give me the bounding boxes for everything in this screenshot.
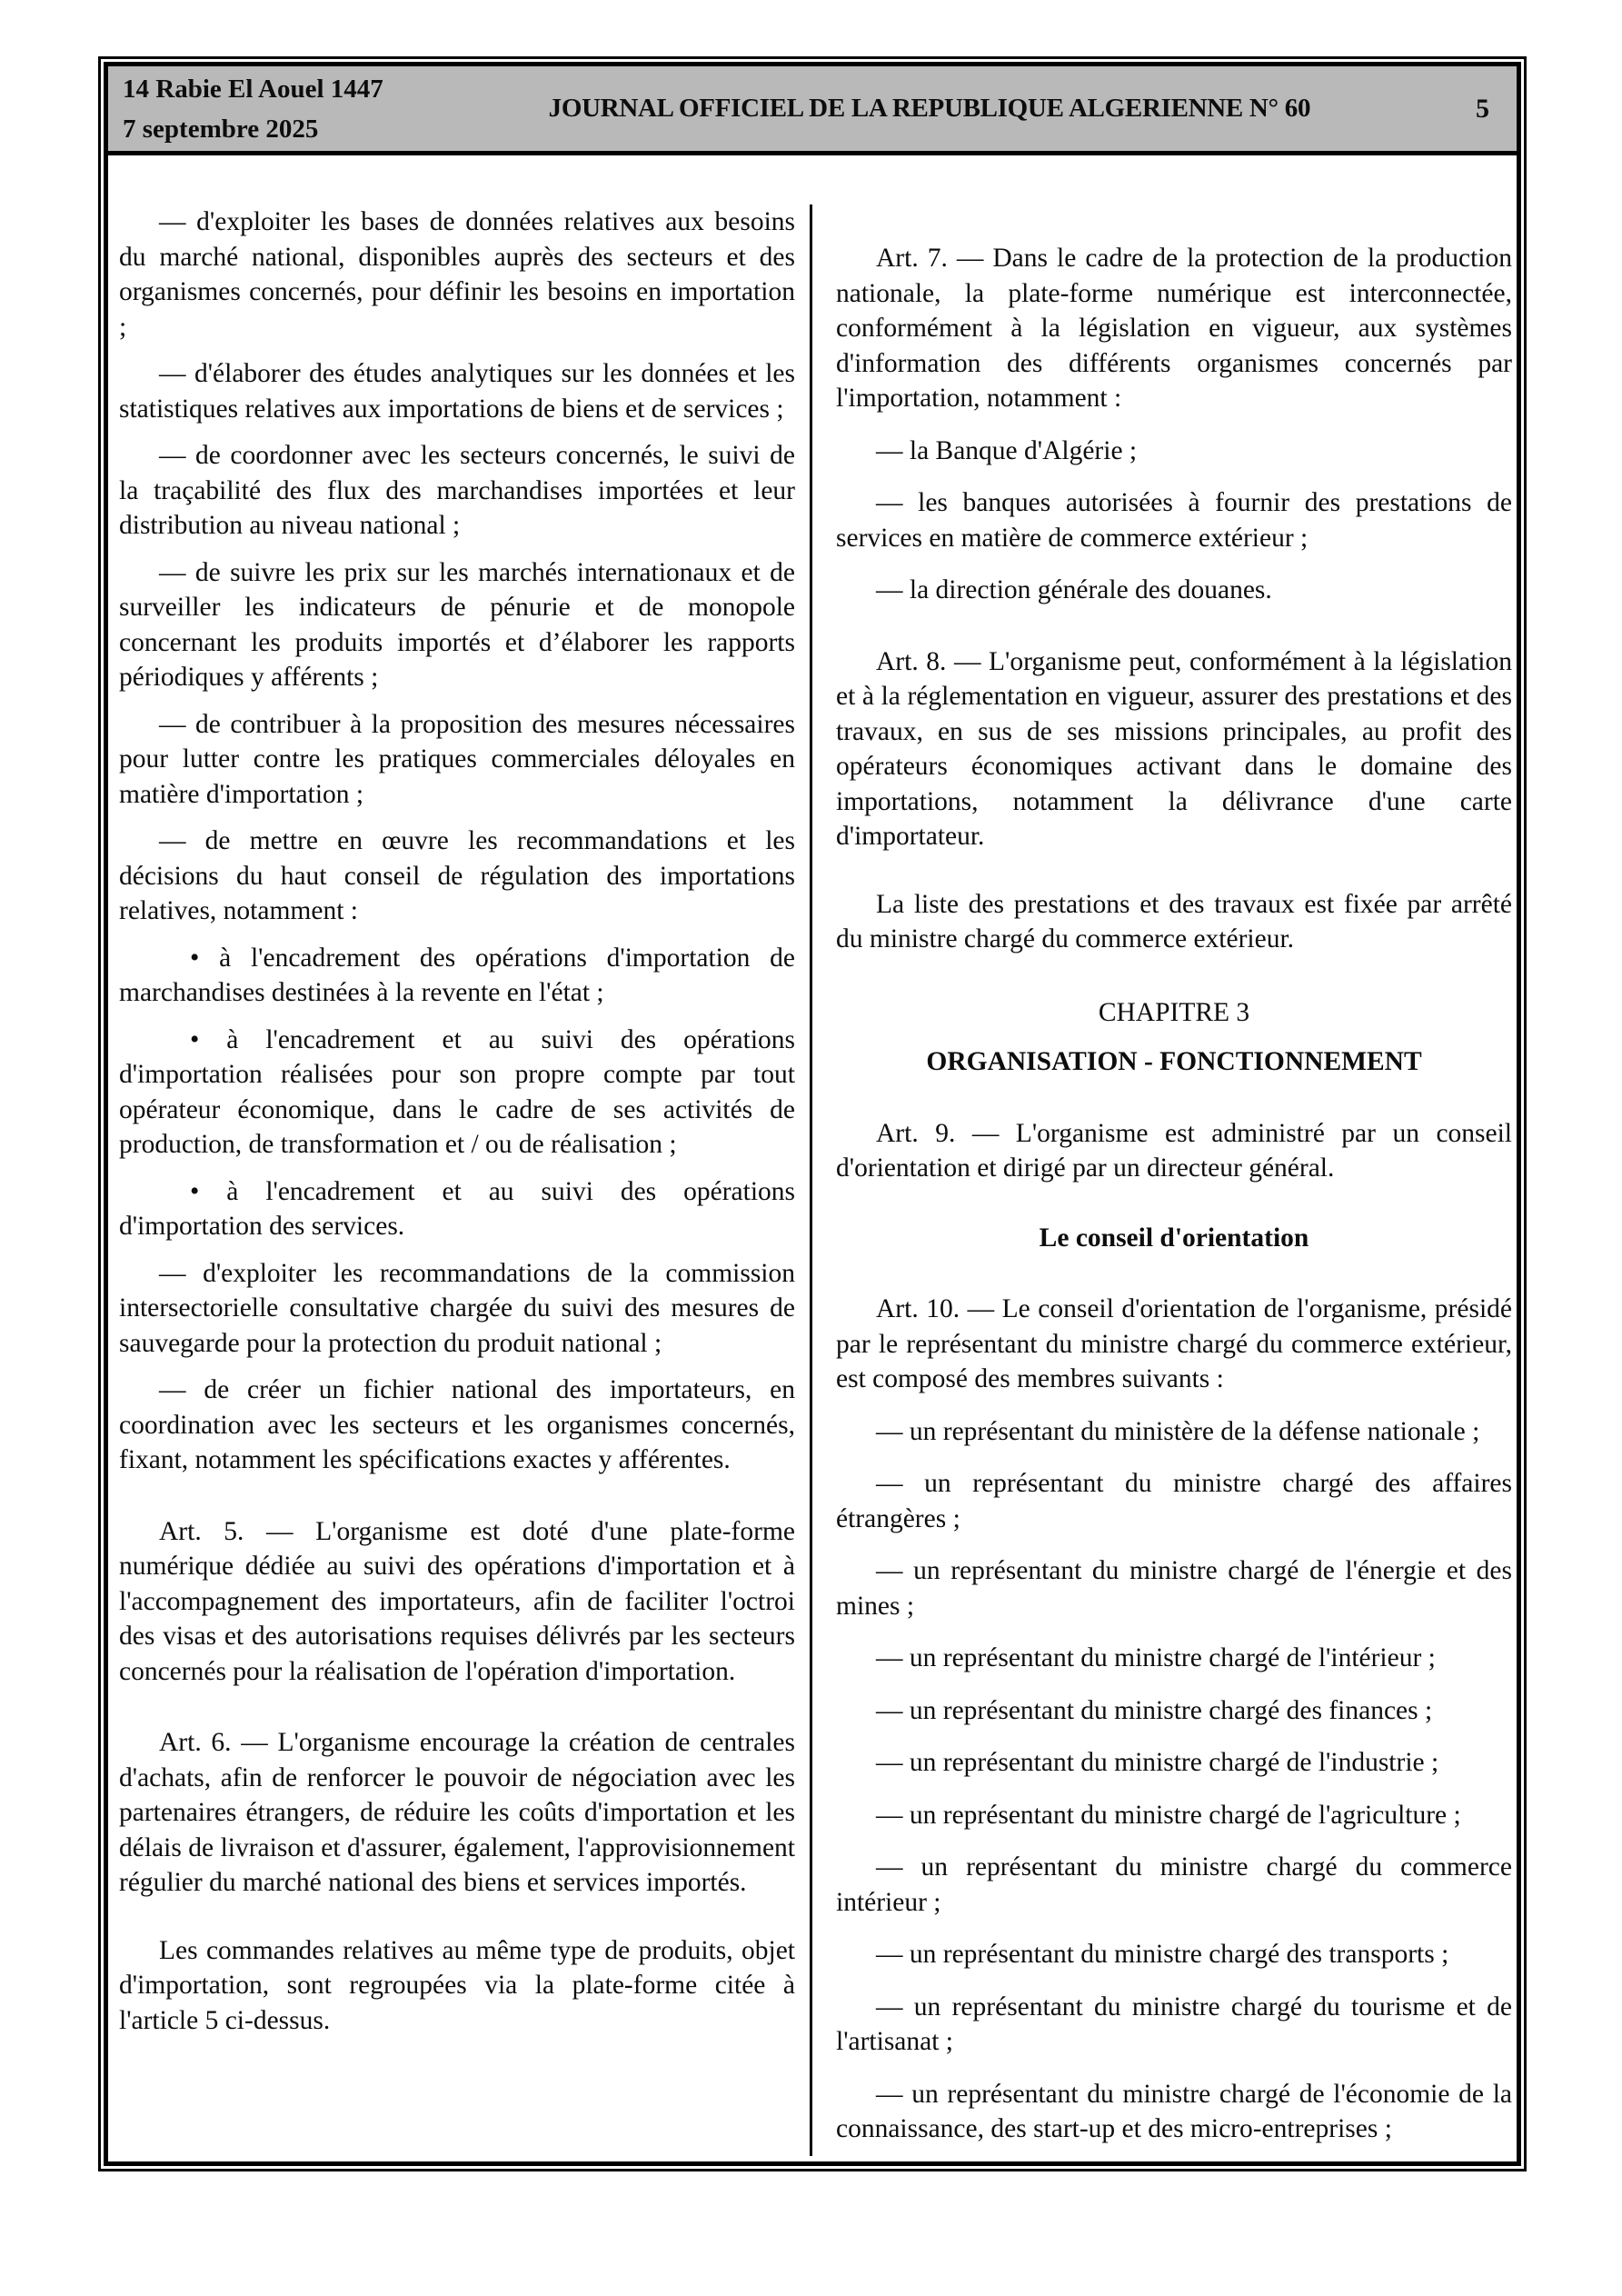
date-hijri: 14 Rabie El Aouel 1447 <box>123 69 383 109</box>
paragraph-right-19: — un représentant du ministre chargé des… <box>836 1937 1512 1972</box>
paragraph-right-4: Art. 8. — L'organisme peut, conformément… <box>836 644 1512 854</box>
column-divider <box>810 205 812 2156</box>
paragraph-right-20: — un représentant du ministre chargé du … <box>836 1990 1512 2060</box>
paragraph-right-21: — un représentant du ministre chargé de … <box>836 2077 1512 2147</box>
paragraph-left-8: • à l'encadrement et au suivi des opérat… <box>119 1174 795 1244</box>
paragraph-left-7: • à l'encadrement et au suivi des opérat… <box>119 1023 795 1163</box>
paragraph-left-11: Art. 5. — L'organisme est doté d'une pla… <box>119 1514 795 1690</box>
paragraph-right-13: — un représentant du ministre chargé de … <box>836 1553 1512 1623</box>
paragraph-right-16: — un représentant du ministre chargé de … <box>836 1745 1512 1781</box>
paragraph-left-10: — de créer un fichier national des impor… <box>119 1373 795 1478</box>
paragraph-right-6: CHAPITRE 3 <box>836 995 1512 1031</box>
paragraph-right-8: Art. 9. — L'organisme est administré par… <box>836 1116 1512 1186</box>
paragraph-right-7: ORGANISATION - FONCTIONNEMENT <box>836 1044 1512 1080</box>
paragraph-left-3: — de suivre les prix sur les marchés int… <box>119 555 795 695</box>
header-dates: 14 Rabie El Aouel 1447 7 septembre 2025 <box>108 69 383 149</box>
paragraph-left-12: Art. 6. — L'organisme encourage la créat… <box>119 1725 795 1901</box>
paragraph-right-11: — un représentant du ministère de la déf… <box>836 1414 1512 1450</box>
paragraph-left-6: • à l'encadrement des opérations d'impor… <box>119 941 795 1011</box>
paragraph-right-5: La liste des prestations et des travaux … <box>836 887 1512 957</box>
paragraph-right-0: Art. 7. — Dans le cadre de la protection… <box>836 241 1512 416</box>
paragraph-right-3: — la direction générale des douanes. <box>836 573 1512 608</box>
paragraph-left-0: — d'exploiter les bases de données relat… <box>119 205 795 344</box>
paragraph-left-9: — d'exploiter les recommandations de la … <box>119 1256 795 1362</box>
paragraph-right-10: Art. 10. — Le conseil d'orientation de l… <box>836 1292 1512 1397</box>
journal-header: 14 Rabie El Aouel 1447 7 septembre 2025 … <box>108 66 1517 155</box>
right-column: Art. 7. — Dans le cadre de la protection… <box>836 155 1512 2161</box>
journal-page: 14 Rabie El Aouel 1447 7 septembre 2025 … <box>0 0 1622 2296</box>
paragraph-right-9: Le conseil d'orientation <box>836 1221 1512 1256</box>
date-gregorian: 7 septembre 2025 <box>123 109 383 149</box>
paragraph-right-17: — un représentant du ministre chargé de … <box>836 1798 1512 1833</box>
paragraph-left-2: — de coordonner avec les secteurs concer… <box>119 438 795 544</box>
paragraph-right-15: — un représentant du ministre chargé des… <box>836 1693 1512 1729</box>
paragraph-left-1: — d'élaborer des études analytiques sur … <box>119 356 795 426</box>
paragraph-right-12: — un représentant du ministre chargé des… <box>836 1466 1512 1536</box>
paragraph-left-4: — de contribuer à la proposition des mes… <box>119 707 795 813</box>
journal-title: JOURNAL OFFICIEL DE LA REPUBLIQUE ALGERI… <box>383 94 1476 124</box>
paragraph-right-1: — la Banque d'Algérie ; <box>836 434 1512 469</box>
page-body: — d'exploiter les bases de données relat… <box>108 155 1517 2161</box>
page-frame: 14 Rabie El Aouel 1447 7 septembre 2025 … <box>98 56 1527 2171</box>
page-number: 5 <box>1476 94 1517 125</box>
paragraph-right-18: — un représentant du ministre chargé du … <box>836 1850 1512 1920</box>
paragraph-left-13: Les commandes relatives au même type de … <box>119 1933 795 2039</box>
paragraph-right-14: — un représentant du ministre chargé de … <box>836 1641 1512 1676</box>
page-frame-inner: 14 Rabie El Aouel 1447 7 septembre 2025 … <box>104 62 1521 2166</box>
paragraph-left-5: — de mettre en œuvre les recommandations… <box>119 824 795 929</box>
paragraph-right-2: — les banques autorisées à fournir des p… <box>836 485 1512 555</box>
left-column: — d'exploiter les bases de données relat… <box>119 155 795 2161</box>
